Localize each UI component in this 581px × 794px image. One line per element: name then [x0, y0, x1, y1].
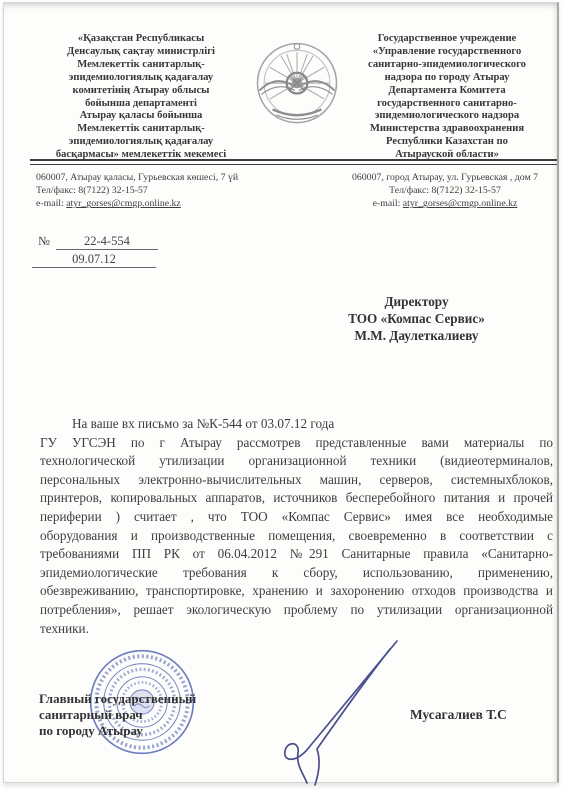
header-divider — [30, 159, 557, 165]
email-line-right: e-mail: atyr_gorses@cmgp.online.kz — [332, 197, 558, 210]
email-link-left[interactable]: atyr_gorses@cmgp.online.kz — [66, 198, 181, 209]
email-label-left: e-mail: — [36, 198, 64, 209]
body-paragraph: ГУ УГСЭН по г Атырау рассмотрев представ… — [40, 434, 553, 639]
outgoing-number: 22-4-554 — [56, 234, 158, 250]
email-link-right[interactable]: atyr_gorses@cmgp.online.kz — [403, 198, 518, 209]
address-right: 060007, город Атырау, ул. Гурьевская , д… — [332, 171, 558, 184]
body-intro-line: На ваше вх письмо за №К-544 от 03.07.12 … — [40, 415, 553, 434]
handwritten-signature-icon — [276, 631, 416, 791]
reference-block: №22-4-554 09.07.12 — [38, 234, 158, 270]
addressee-block: Директору ТОО «Компас Сервис» М.М. Дауле… — [299, 293, 534, 344]
org-name-kazakh: «Қазақстан Республикасы Денсаулық сақтау… — [32, 33, 250, 162]
org-name-russian: Государственное учреждение «Управление г… — [338, 33, 556, 162]
letter-body: На ваше вх письмо за №К-544 от 03.07.12 … — [40, 415, 553, 638]
contact-block-right: 060007, город Атырау, ул. Гурьевская , д… — [332, 171, 558, 211]
letter-date: 09.07.12 — [32, 252, 156, 268]
kazakhstan-coat-of-arms-icon — [250, 36, 344, 134]
reference-number-line: №22-4-554 — [38, 234, 158, 252]
number-label: № — [38, 234, 50, 248]
signer-position: Главный государственный санитарный врач … — [39, 691, 196, 739]
reference-date-line: 09.07.12 — [38, 252, 158, 270]
email-line-left: e-mail: atyr_gorses@cmgp.online.kz — [36, 197, 286, 210]
letter-page: «Қазақстан Республикасы Денсаулық сақтау… — [3, 2, 559, 783]
signer-name: Мусагалиев Т.С — [410, 707, 507, 723]
phone-left: Тел/факс: 8(7122) 32-15-57 — [36, 184, 286, 197]
scanned-letter: «Қазақстан Республикасы Денсаулық сақтау… — [0, 0, 581, 794]
contact-block-left: 060007, Атырау қаласы, Гурьевская көшесі… — [36, 171, 286, 211]
address-left: 060007, Атырау қаласы, Гурьевская көшесі… — [36, 171, 286, 184]
phone-right: Тел/факс: 8(7122) 32-15-57 — [332, 184, 558, 197]
email-label-right: e-mail: — [373, 198, 401, 209]
